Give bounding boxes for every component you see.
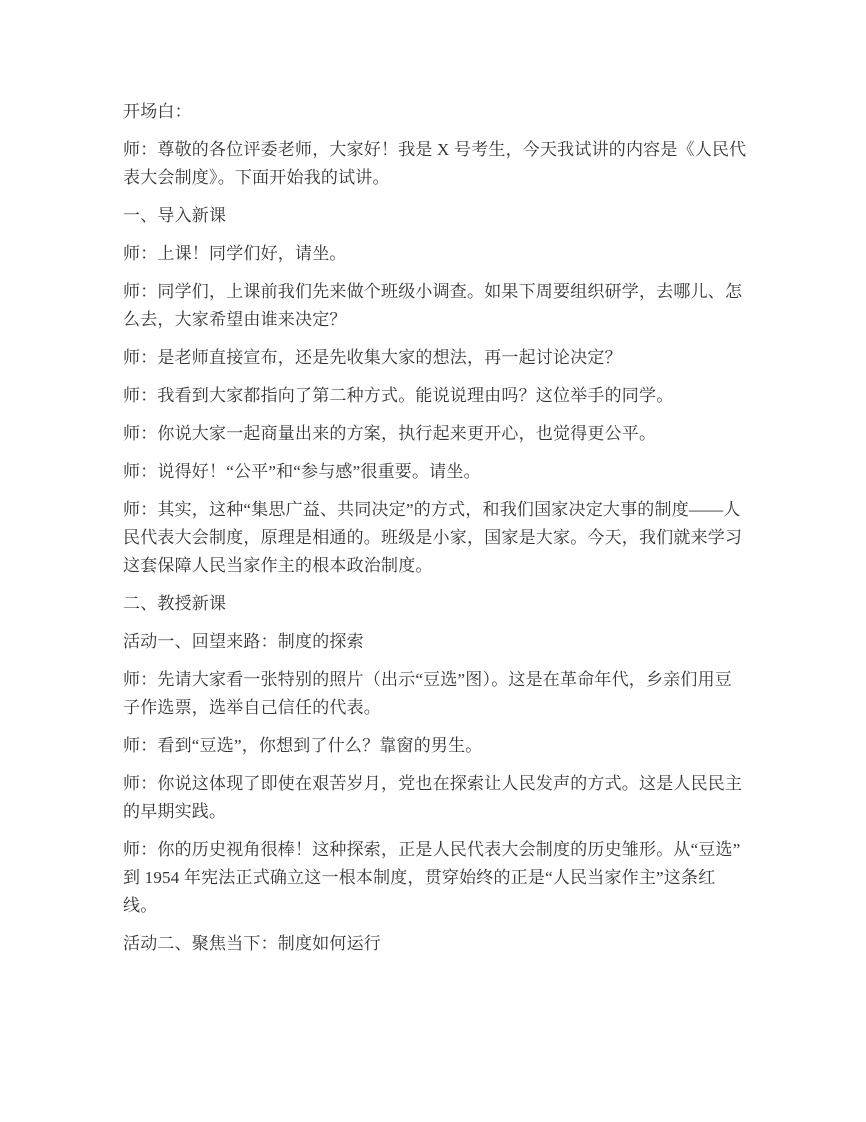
teacher-line: 师：我看到大家都指向了第二种方式。能说说理由吗？这位举手的同学。 (123, 382, 748, 410)
teacher-line: 师：你说大家一起商量出来的方案，执行起来更开心，也觉得更公平。 (123, 420, 748, 448)
section-heading-1: 一、导入新课 (123, 202, 748, 230)
teacher-line: 师：上课！同学们好，请坐。 (123, 240, 748, 268)
teacher-line: 师：尊敬的各位评委老师，大家好！我是 X 号考生，今天我试讲的内容是《人民代表大… (123, 136, 748, 192)
teacher-line: 师：同学们，上课前我们先来做个班级小调查。如果下周要组织研学，去哪儿、怎么去，大… (123, 278, 748, 334)
section-heading-2: 二、教授新课 (123, 590, 748, 618)
activity-heading-2: 活动二、聚焦当下：制度如何运行 (123, 930, 748, 958)
teacher-line: 师：说得好！“公平”和“参与感”很重要。请坐。 (123, 458, 748, 486)
teacher-line: 师：看到“豆选”，你想到了什么？靠窗的男生。 (123, 732, 748, 760)
teacher-line: 师：先请大家看一张特别的照片（出示“豆选”图）。这是在革命年代，乡亲们用豆子作选… (123, 666, 748, 722)
activity-heading-1: 活动一、回望来路：制度的探索 (123, 628, 748, 656)
teacher-line: 师：你的历史视角很棒！这种探索，正是人民代表大会制度的历史雏形。从“豆选”到 1… (123, 836, 748, 920)
teacher-line: 师：是老师直接宣布，还是先收集大家的想法，再一起讨论决定？ (123, 344, 748, 372)
document-page: 开场白： 师：尊敬的各位评委老师，大家好！我是 X 号考生，今天我试讲的内容是《… (0, 0, 866, 1122)
teacher-line: 师：其实，这种“集思广益、共同决定”的方式，和我们国家决定大事的制度——人民代表… (123, 496, 748, 580)
teacher-line: 师：你说这体现了即使在艰苦岁月，党也在探索让人民发声的方式。这是人民民主的早期实… (123, 770, 748, 826)
paragraph-opening-label: 开场白： (123, 98, 748, 126)
